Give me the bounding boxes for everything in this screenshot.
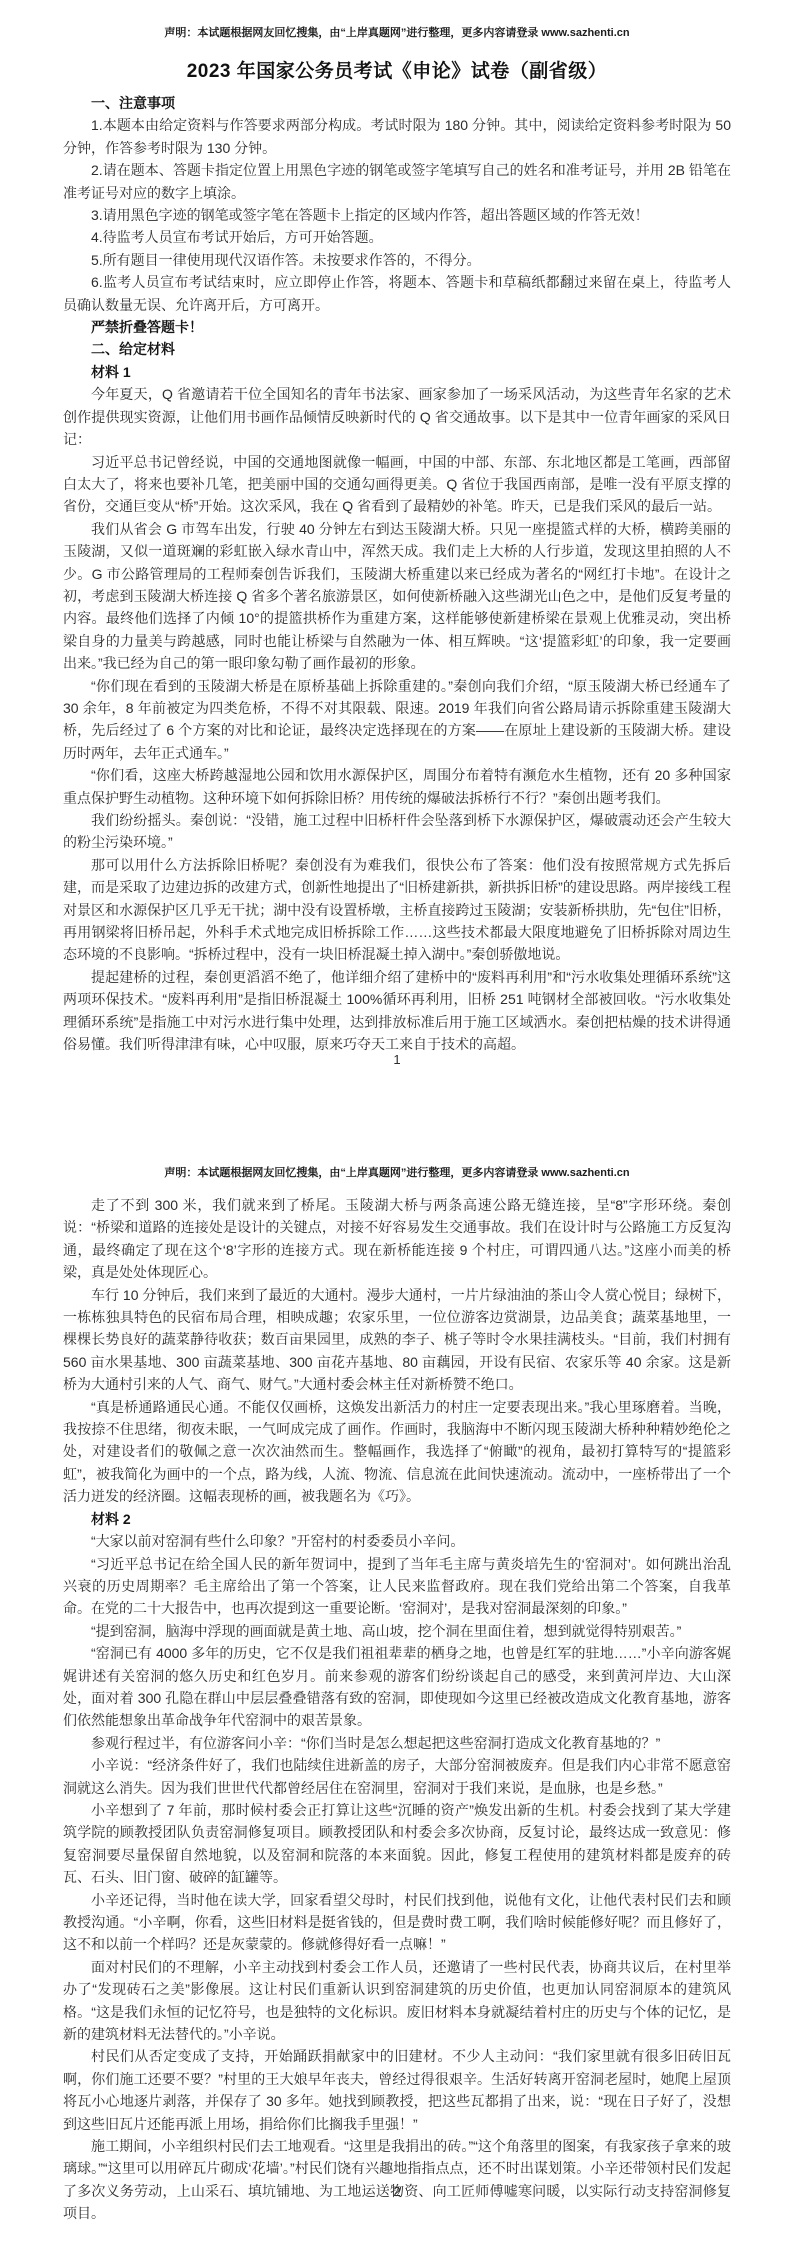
material-1-paragraph: 今年夏天，Q 省邀请若干位全国知名的青年书法家、画家参加了一场采风活动，为这些青… [63, 383, 731, 450]
notice-item: 5.所有题目一律使用现代汉语作答。未按要求作答的，不得分。 [63, 249, 731, 271]
notice-item: 2.请在题本、答题卡指定位置上用黑色字迹的钢笔或签字笔填写自己的姓名和准考证号，… [63, 159, 731, 204]
material-1-paragraph: 走了不到 300 米，我们就来到了桥尾。玉陵湖大桥与两条高速公路无缝连接，呈“8… [63, 1194, 731, 1284]
material-2-paragraph: 小辛想到了 7 年前，那时候村委会正打算让这些“沉睡的资产”焕发出新的生机。村委… [63, 1799, 731, 1889]
material-2-paragraph: “大家以前对窑洞有些什么印象？”开窑村的村委委员小辛问。 [63, 1530, 731, 1552]
material-2-paragraph: “窑洞已有 4000 多年的历史，它不仅是我们祖祖辈辈的栖身之地，也曾是红军的驻… [63, 1642, 731, 1732]
materials-heading: 二、给定材料 [63, 338, 731, 360]
material-1-paragraph: “真是桥通路通民心通。不能仅仅画桥，这焕发出新活力的村庄一定要表现出来。”我心里… [63, 1396, 731, 1508]
page-number: 1 [0, 1052, 794, 1067]
material-1-paragraph: 提起建桥的过程，秦创更滔滔不绝了，他详细介绍了建桥中的“废料再利用”和“污水收集… [63, 966, 731, 1056]
notice-item: 4.待监考人员宣布考试开始后，方可开始答题。 [63, 226, 731, 248]
notice-item: 1.本题本由给定资料与作答要求两部分构成。考试时限为 180 分钟。其中，阅读给… [63, 114, 731, 159]
material-1-paragraph: “你们看，这座大桥跨越湿地公园和饮用水源保护区，周围分布着特有濒危水生植物，还有… [63, 764, 731, 809]
material-2-paragraph: 面对村民们的不理解，小辛主动找到村委会工作人员，还邀请了一些村民代表，协商共议后… [63, 1956, 731, 2046]
material-2-paragraph: 小辛还记得，当时他在读大学，回家看望父母时，村民们找到他，说他有文化，让他代表村… [63, 1889, 731, 1956]
material-2-paragraph: “提到窑洞，脑海中浮现的画面就是黄土地、高山坡，挖个洞在里面住着，想到就觉得特别… [63, 1620, 731, 1642]
material-1-label: 材料 1 [63, 361, 731, 383]
notice-heading: 一、注意事项 [63, 92, 731, 114]
exam-page-1: 声明：本试题根据网友回忆搜集，由“上岸真题网”进行整理，更多内容请登录 www.… [0, 0, 794, 1122]
material-2-paragraph: 村民们从否定变成了支持，开始踊跃捐献家中的旧建材。不少人主动问：“我们家里就有很… [63, 2045, 731, 2135]
material-2-label: 材料 2 [63, 1508, 731, 1530]
material-1-paragraph: “你们现在看到的玉陵湖大桥是在原桥基础上拆除重建的。”秦创向我们介绍，“原玉陵湖… [63, 675, 731, 765]
material-1-paragraph: 习近平总书记曾经说，中国的交通地图就像一幅画，中国的中部、东部、东北地区都是工笔… [63, 451, 731, 518]
page-title: 2023 年国家公务员考试《申论》试卷（副省级） [63, 56, 731, 83]
material-2-paragraph: “习近平总书记在给全国人民的新年贺词中，提到了当年毛主席与黄炎培先生的‘窑洞对’… [63, 1553, 731, 1620]
exam-page-2: 声明：本试题根据网友回忆搜集，由“上岸真题网”进行整理，更多内容请登录 www.… [0, 1122, 794, 2244]
material-1-paragraph: 我们从省会 G 市驾车出发，行驶 40 分钟左右到达玉陵湖大桥。只见一座提篮式样… [63, 518, 731, 675]
material-2-paragraph: 参观行程过半，有位游客问小辛：“你们当时是怎么想起把这些窑洞打造成文化教育基地的… [63, 1732, 731, 1754]
notice-item: 6.监考人员宣布考试结束时，应立即停止作答，将题本、答题卡和草稿纸都翻过来留在桌… [63, 271, 731, 316]
no-fold-warning: 严禁折叠答题卡！ [63, 316, 731, 338]
disclaimer: 声明：本试题根据网友回忆搜集，由“上岸真题网”进行整理，更多内容请登录 www.… [63, 0, 731, 40]
material-1-paragraph: 那可以用什么方法拆除旧桥呢？秦创没有为难我们，很快公布了答案：他们没有按照常规方… [63, 854, 731, 966]
material-1-paragraph: 车行 10 分钟后，我们来到了最近的大通村。漫步大通村，一片片绿油油的茶山令人赏… [63, 1284, 731, 1396]
material-1-paragraph: 我们纷纷摇头。秦创说：“没错，施工过程中旧桥杆件会坠落到桥下水源保护区，爆破震动… [63, 809, 731, 854]
material-2-paragraph: 施工期间，小辛组织村民们去工地观看。“这里是我捐出的砖。”“这个角落里的图案，有… [63, 2135, 731, 2225]
material-2-paragraph: 小辛说：“经济条件好了，我们也陆续住进新盖的房子，大部分窑洞被废弃。但是我们内心… [63, 1754, 731, 1799]
page-number: 2 [0, 2184, 794, 2199]
notice-item: 3.请用黑色字迹的钢笔或签字笔在答题卡上指定的区域内作答，超出答题区域的作答无效… [63, 204, 731, 226]
disclaimer: 声明：本试题根据网友回忆搜集，由“上岸真题网”进行整理，更多内容请登录 www.… [63, 1122, 731, 1180]
